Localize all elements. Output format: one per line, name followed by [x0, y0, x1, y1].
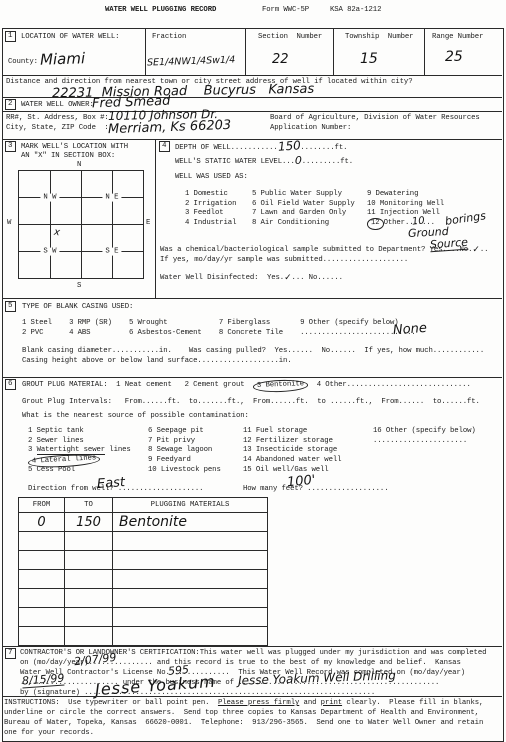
static-suffix: .........ft.: [302, 158, 353, 166]
to-cell: 150: [65, 513, 113, 532]
section-number-label: Section Number: [258, 33, 322, 43]
date-completed-value: 8/15/99: [22, 672, 65, 689]
from-cell: [19, 570, 65, 589]
county-value: Miami: [40, 49, 86, 69]
table-header-row: FROM TO PLUGGING MATERIALS: [19, 498, 268, 513]
range-number-label: Range Number: [432, 33, 483, 43]
to-header: TO: [65, 498, 113, 513]
instructions-seg1: INSTRUCTIONS: Use typewriter or ball poi…: [4, 699, 218, 707]
how-many-feet-value: 100': [286, 473, 316, 490]
plugging-materials-table: FROM TO PLUGGING MATERIALS 0 150 Bentoni…: [18, 497, 268, 646]
to-cell: [65, 627, 113, 646]
materials-header: PLUGGING MATERIALS: [113, 498, 268, 513]
section-7-number: 7: [5, 648, 16, 659]
statute-number: KSA 82a-1212: [330, 6, 381, 16]
material-cell: [113, 532, 268, 551]
from-header: FROM: [19, 498, 65, 513]
option-3-suffix: lines: [105, 446, 131, 454]
uses-column-2: 5 Public Water Supply 6 Oil Field Water …: [252, 190, 355, 229]
distance-bottom-border: [2, 97, 502, 98]
contamination-option: 5 Cess Pool: [28, 466, 131, 476]
instructions-underlined-press-firmly: Please press firmly: [218, 699, 299, 707]
contamination-heading: What is the nearest source of possible c…: [22, 412, 249, 422]
table-row: [19, 532, 268, 551]
s2-inner-border: [2, 111, 502, 112]
form-title: WATER WELL PLUGGING RECORD: [105, 6, 216, 16]
use-option: 2 Irrigation: [185, 200, 236, 210]
table-row: [19, 627, 268, 646]
contamination-option: ......................: [373, 437, 476, 447]
used-as-heading: WELL WAS USED AS:: [175, 173, 248, 183]
depth-suffix: ........ft.: [300, 144, 347, 152]
township-number-value: 15: [360, 51, 378, 67]
contamination-option: 13 Insecticide storage: [243, 446, 341, 456]
contamination-column-4: 16 Other (specify below) ...............…: [373, 427, 476, 446]
disinfected-yes-checkmark: ✓: [284, 275, 291, 281]
grout-label: GROUT PLUG MATERIAL: 1 Neat cement 2 Cem…: [22, 381, 253, 389]
to-cell: [65, 570, 113, 589]
disinfected-label: Water Well Disinfected: Yes.: [160, 274, 284, 282]
to-cell: [65, 551, 113, 570]
s5-bottom-border: [2, 377, 502, 378]
address-label: RR#, St. Address, Box #:: [6, 114, 109, 124]
to-cell: [65, 608, 113, 627]
material-cell: [113, 589, 268, 608]
uses-column-1: 1 Domestic 2 Irrigation 3 Feedlot 4 Indu…: [185, 190, 236, 229]
from-cell: [19, 551, 65, 570]
sample-question-line: Was a chemical/bacteriological sample su…: [160, 246, 488, 256]
casing-height-line: Casing height above or below land surfac…: [22, 357, 292, 367]
s1-divider-2: [245, 28, 246, 75]
contamination-option: 6 Seepage pit: [148, 427, 221, 437]
section-4-number: 4: [159, 141, 170, 152]
well-location-x-mark: x: [53, 227, 60, 239]
material-cell: [113, 608, 268, 627]
s4-bottom-border: [2, 298, 502, 299]
to-cell: [65, 532, 113, 551]
instructions-seg5: clearly. Please fill in blanks,: [342, 699, 483, 707]
contamination-option: 10 Livestock pens: [148, 466, 221, 476]
contamination-option: 14 Abandoned water well: [243, 456, 341, 466]
s1-bottom-border: [2, 75, 502, 76]
circled-12: 12: [367, 218, 384, 230]
grid-ne-label: N E: [102, 194, 121, 202]
s2-bottom-border: [2, 139, 502, 140]
use-option: 6 Oil Field Water Supply: [252, 200, 355, 210]
use-option: 9 Dewatering: [367, 190, 444, 200]
casing-other-value: None: [393, 321, 428, 338]
sample-date-line: If yes, mo/day/yr sample was submitted..…: [160, 256, 408, 266]
static-label: WELL'S STATIC WATER LEVEL...: [175, 158, 295, 166]
use-option: 10 Monitoring Well: [367, 200, 444, 210]
depth-value: 150: [278, 142, 301, 150]
city-label: City, State, ZIP Code :: [6, 124, 109, 134]
township-number-label: Township Number: [345, 33, 413, 43]
table-row: [19, 551, 268, 570]
grout-material-line: GROUT PLUG MATERIAL: 1 Neat cement 2 Cem…: [22, 381, 471, 391]
s3-s4-divider: [155, 139, 156, 298]
section-3-number: 3: [5, 141, 16, 152]
s7-top-border: [2, 646, 502, 647]
grid-sw-label: S W: [40, 248, 59, 256]
depth-of-well-line: DEPTH OF WELL...........150........ft.: [175, 142, 347, 154]
section-number-value: 22: [272, 52, 289, 67]
use-option: 8 Air Conditioning: [252, 219, 355, 229]
contamination-option: 16 Other (specify below): [373, 427, 476, 437]
static-water-line: WELL'S STATIC WATER LEVEL...0.........ft…: [175, 157, 353, 168]
s5-heading: TYPE OF BLANK CASING USED:: [22, 303, 133, 313]
agency-label: Board of Agriculture, Division of Water …: [270, 114, 480, 124]
grid-east-label: E: [146, 219, 150, 229]
circled-bentonite: 3 Bentonite: [253, 379, 308, 393]
fraction-label: Fraction: [152, 33, 186, 43]
grout-suffix: 4 Other.............................: [308, 381, 471, 389]
instructions-top-border: [2, 696, 502, 697]
application-number-label: Application Number:: [270, 124, 351, 134]
disinfected-line: Water Well Disinfected: Yes.✓... No.....…: [160, 274, 343, 284]
depth-label: DEPTH OF WELL...........: [175, 144, 278, 152]
use-option: 3 Feedlot: [185, 209, 236, 219]
section-box-grid: N W N E S W S E x: [18, 170, 144, 279]
to-cell: [65, 589, 113, 608]
material-cell: [113, 551, 268, 570]
grid-west-label: W: [7, 219, 11, 229]
section-1-number: 1: [5, 31, 16, 42]
form-number: Form WWC-5P: [262, 6, 309, 16]
contamination-option: 4 Lateral lines: [28, 456, 131, 466]
from-cell: [19, 589, 65, 608]
s1-divider-3: [333, 28, 334, 75]
casing-diameter-line: Blank casing diameter...........in. Was …: [22, 347, 484, 357]
water-well-plugging-record-form: WATER WELL PLUGGING RECORD Form WWC-5P K…: [0, 0, 506, 742]
casing-options-row1: 1 Steel 3 RMP (SR) 5 Wrought 7 Fiberglas…: [22, 319, 399, 329]
sample-question: Was a chemical/bacteriological sample su…: [160, 246, 472, 254]
disinfected-suffix: ... No......: [292, 274, 343, 282]
table-row: 0 150 Bentonite: [19, 513, 268, 532]
grid-south-label: S: [77, 282, 81, 292]
county-label: County:: [8, 58, 38, 68]
from-cell: [19, 532, 65, 551]
from-cell: [19, 608, 65, 627]
from-cell: 0: [19, 513, 65, 532]
instructions-line1: INSTRUCTIONS: Use typewriter or ball poi…: [4, 699, 483, 709]
section-5-number: 5: [5, 301, 16, 312]
grid-se-label: S E: [102, 248, 121, 256]
table-row: [19, 589, 268, 608]
section-6-number: 6: [5, 379, 16, 390]
section-1-heading: LOCATION OF WATER WELL:: [21, 33, 119, 43]
grout-intervals-line: Grout Plug Intervals: From......ft. to..…: [22, 398, 480, 408]
contamination-option: 12 Fertilizer storage: [243, 437, 341, 447]
sample-no-checkmark: ✓: [472, 247, 479, 253]
s1-divider-4: [424, 28, 425, 75]
contamination-column-2: 6 Seepage pit 7 Pit privy 8 Sewage lagoo…: [148, 427, 221, 475]
table-row: [19, 608, 268, 627]
contamination-option: 1 Septic tank: [28, 427, 131, 437]
instructions-line3: Bureau of Water, Topeka, Kansas 66620-00…: [4, 719, 483, 729]
contamination-option: 2 Sewer lines: [28, 437, 131, 447]
material-cell: Bentonite: [113, 513, 268, 532]
use-option: 7 Lawn and Garden Only: [252, 209, 355, 219]
section-2-number: 2: [5, 99, 16, 110]
instructions-underlined-print: print: [321, 699, 342, 707]
instructions-line4: one for your records.: [4, 729, 94, 739]
s3-title-line2: AN "X" IN SECTION BOX:: [21, 152, 115, 162]
material-cell: [113, 627, 268, 646]
contamination-option: 9 Feedyard: [148, 456, 221, 466]
table-row: [19, 570, 268, 589]
contamination-column-3: 11 Fuel storage 12 Fertilizer storage 13…: [243, 427, 341, 475]
s1-divider-1: [145, 28, 146, 75]
contamination-column-1: 1 Septic tank 2 Sewer lines 3 Watertight…: [28, 427, 131, 475]
use-option: 1 Domestic: [185, 190, 236, 200]
static-value: 0: [295, 158, 302, 164]
contamination-option: 11 Fuel storage: [243, 427, 341, 437]
grid-nw-label: N W: [40, 194, 59, 202]
contamination-option: 7 Pit privy: [148, 437, 221, 447]
use-option: 5 Public Water Supply: [252, 190, 355, 200]
casing-options-row2: 2 PVC 4 ABS 6 Asbestos-Cement 8 Concrete…: [22, 329, 416, 339]
use-option: 4 Industrial: [185, 219, 236, 229]
instructions-line2: underline or circle the correct answers.…: [4, 709, 479, 719]
direction-from-well-value: East: [97, 475, 126, 492]
range-number-value: 25: [445, 49, 463, 65]
owner-label: WATER WELL OWNER:: [21, 101, 94, 111]
contamination-option: 8 Sewage lagoon: [148, 446, 221, 456]
option-3-prefix: 3: [28, 446, 37, 454]
from-cell: [19, 627, 65, 646]
uses-column-3: 9 Dewatering 10 Monitoring Well 11 Injec…: [367, 190, 444, 229]
material-cell: [113, 570, 268, 589]
sample-suffix: ..: [480, 246, 489, 254]
instructions-seg3: and: [299, 699, 320, 707]
